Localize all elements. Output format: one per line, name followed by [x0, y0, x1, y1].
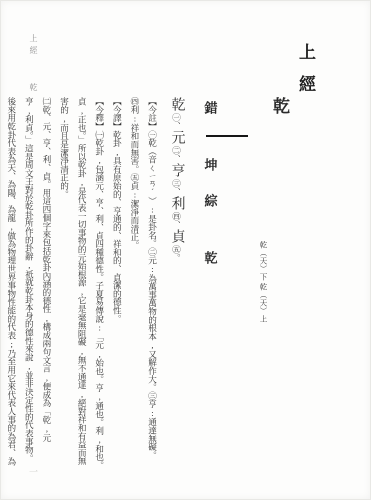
note-marker: ㊃、: [172, 212, 182, 229]
book-page: 上經 乾 一 上經 乾 乾︵天︶上 乾︵天︶下 錯 坤 綜 乾 乾㊀、元㊁、亨㊂…: [0, 0, 371, 500]
running-head-section: 上經: [29, 34, 38, 58]
running-head: 上經 乾: [28, 34, 39, 95]
note-marker: ㊄。: [172, 245, 182, 262]
note-marker: ㊂、: [172, 179, 182, 196]
section-header: 上經: [293, 43, 318, 107]
kun-hexagram-symbol: [232, 133, 248, 139]
statement-char: 元: [170, 130, 185, 146]
commentary-column-jinshi-2: 貞,正也。」所以乾卦,是代表一切事物的元始根源,它是毫無阻礙,無不通達,絕對祥和…: [77, 97, 86, 471]
commentary-column-jinzhu-2: ㊃利:祥和而無害。㊄貞:潔淨而清正。: [130, 97, 139, 471]
qian-hexagram-symbol: [271, 135, 288, 143]
statement-char: 乾: [170, 97, 185, 113]
trigram-lower-label: 乾︵天︶下: [248, 241, 268, 281]
qian-hexagram-symbol-small: [202, 226, 218, 232]
zong-label: 綜: [199, 194, 221, 207]
commentary-column-jinshi-1: 【今釋】㈠乾卦,包涵元、亨、利、貞四種德性。子夏易傳說:「元,始也。亨,通也。利…: [95, 97, 104, 471]
trigram-upper-label: 乾︵天︶上: [248, 283, 268, 323]
commentary-column-jinyi: 【今譯】乾卦,具有原始的、亨通的、祥和的、貞潔的德性。: [112, 97, 121, 471]
hexagram-name: 乾: [268, 97, 290, 114]
hexagram-statement-column: 乾㊀、元㊁、亨㊂、利㊃、貞㊄。: [167, 97, 187, 471]
content-block: 乾 乾︵天︶上 乾︵天︶下 錯 坤 綜 乾 乾㊀、元㊁、亨㊂、利㊃、貞㊄。 【今…: [41, 97, 290, 471]
zong-hexagram-name: 乾: [199, 251, 221, 264]
hexagram-title-column: 乾 乾︵天︶上 乾︵天︶下 錯 坤 綜 乾: [199, 97, 291, 471]
note-marker: ㊁、: [172, 146, 182, 163]
commentary-column-jinshi-6: 後來用乾卦代表為天、為陽、為龍,做為物理世界事物性能的代表;乃至用它來代表人事的…: [7, 97, 16, 471]
commentary-column-jinshi-4: ㈡乾、元、亨、利、貞。用這四個字來包括乾卦內涵的德性,構成兩句文言,便成為「乾,…: [42, 97, 51, 471]
commentary-column-jinshi-3: 害的,而且是潔淨清正的。: [60, 97, 69, 471]
cuo-hexagram-name: 坤: [199, 158, 221, 171]
statement-char: 貞: [170, 229, 185, 245]
running-head-chapter: 乾: [28, 83, 39, 95]
statement-char: 亨: [170, 163, 185, 179]
trigram-annotation: 乾︵天︶上 乾︵天︶下: [248, 99, 268, 465]
cuo-label: 錯: [199, 101, 221, 114]
commentary-column-jinzhu-1: 【今註】㊀乾︵音ㄑㄧㄢˊ︶:是卦名。㊁元:為萬事萬物的根本,又解作大。㊂亨:通達…: [148, 97, 157, 471]
note-marker: ㊀、: [172, 113, 182, 130]
commentary-column-jinshi-5: 亨,利貞。」這是周文王對於乾卦所作的卦辭,祇就乾卦本身的德性來說,並非決定性的代…: [24, 97, 33, 471]
statement-char: 利: [170, 196, 185, 212]
